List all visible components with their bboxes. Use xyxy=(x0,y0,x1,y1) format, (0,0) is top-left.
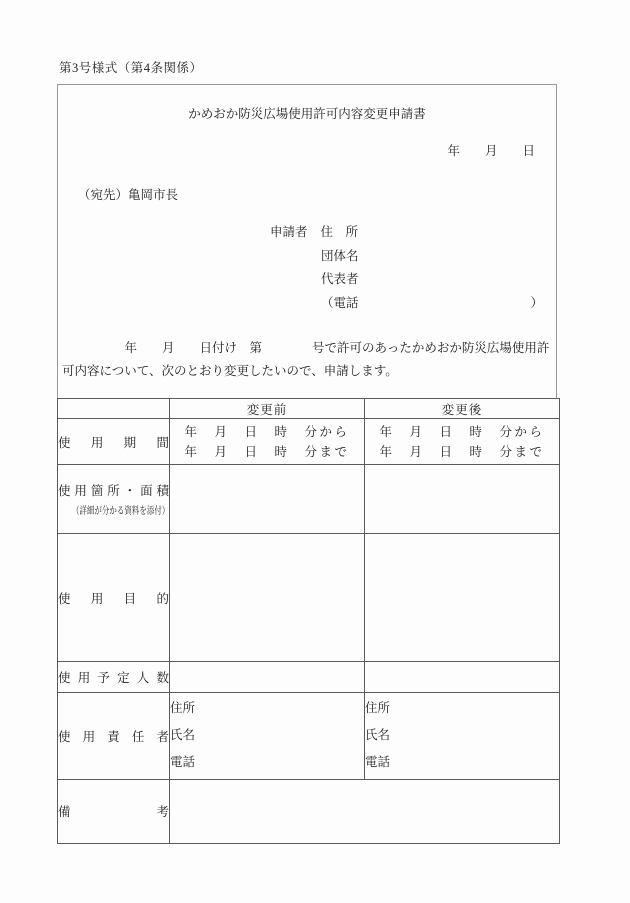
responsible-before-name: 氏名 xyxy=(170,722,364,749)
table-row-responsible: 使用責任者 住所 氏名 電話 住所 氏名 電話 xyxy=(58,692,560,779)
spacer xyxy=(308,221,321,245)
address-label: 住 所 xyxy=(321,221,359,245)
phone-close-label: ） xyxy=(530,292,543,316)
responsible-before-cell: 住所 氏名 電話 xyxy=(170,692,365,779)
location-note: （詳細が分かる資料を添付） xyxy=(72,502,155,517)
period-label: 使用期間 xyxy=(58,433,169,451)
responsible-after-name: 氏名 xyxy=(365,722,559,749)
period-before-cell: 年 月 日 時 分から 年 月 日 時 分まで xyxy=(170,419,365,465)
responsible-before-phone: 電話 xyxy=(170,749,364,776)
table-row-purpose: 使用目的 xyxy=(58,534,560,662)
form-frame: かめおか防災広場使用許可内容変更申請書 年 月 日 （宛先）亀岡市長 申請者住 … xyxy=(57,84,557,841)
phone-field: （電話 ） xyxy=(321,292,543,316)
rep-label: 代表者 xyxy=(321,268,359,292)
people-label: 使用予定人数 xyxy=(58,668,169,686)
location-after-cell xyxy=(365,465,560,534)
table-header-row: 変更前 変更後 xyxy=(58,399,560,419)
people-before-cell xyxy=(170,662,365,692)
applicant-block: 申請者住 所 団体名 代表者 （電話 ） xyxy=(270,221,543,315)
purpose-label-cell: 使用目的 xyxy=(58,534,170,662)
period-before-to: 年 月 日 時 分まで xyxy=(170,442,364,462)
purpose-after-cell xyxy=(365,534,560,662)
addressee-line: （宛先）亀岡市長 xyxy=(78,185,178,203)
people-label-cell: 使用予定人数 xyxy=(58,662,170,692)
purpose-label: 使用目的 xyxy=(58,589,169,607)
remarks-label: 備考 xyxy=(58,802,169,820)
applicant-label: 申請者 xyxy=(270,221,308,245)
responsible-before-address: 住所 xyxy=(170,695,364,722)
col-header-after: 変更後 xyxy=(365,399,560,419)
period-before-from: 年 月 日 時 分から xyxy=(170,422,364,442)
responsible-label: 使用責任者 xyxy=(58,727,169,745)
period-after-to: 年 月 日 時 分まで xyxy=(365,442,559,462)
form-code: 第3号様式（第4条関係） xyxy=(59,58,203,76)
table-corner-cell xyxy=(58,399,170,419)
application-date-line: 年 月 日 xyxy=(447,141,535,159)
col-header-before: 変更前 xyxy=(170,399,365,419)
remarks-value-cell xyxy=(170,779,560,843)
applicant-address-line: 申請者住 所 xyxy=(270,221,543,245)
purpose-before-cell xyxy=(170,534,365,662)
phone-open-label: （電話 xyxy=(321,292,359,316)
intro-paragraph: 年 月 日付け 第 号で許可のあったかめおか防災広場使用許 可内容について、次の… xyxy=(62,337,549,383)
applicant-phone-line: （電話 ） xyxy=(270,292,543,316)
location-label: 使用箇所・面積 xyxy=(58,481,169,499)
responsible-after-address: 住所 xyxy=(365,695,559,722)
form-title: かめおか防災広場使用許可内容変更申請書 xyxy=(58,104,556,122)
period-label-cell: 使用期間 xyxy=(58,419,170,465)
location-before-cell xyxy=(170,465,365,534)
table-row-period: 使用期間 年 月 日 時 分から 年 月 日 時 分まで 年 月 日 時 分から… xyxy=(58,419,560,465)
period-after-cell: 年 月 日 時 分から 年 月 日 時 分まで xyxy=(365,419,560,465)
responsible-after-cell: 住所 氏名 電話 xyxy=(365,692,560,779)
people-after-cell xyxy=(365,662,560,692)
change-table: 変更前 変更後 使用期間 年 月 日 時 分から 年 月 日 時 分まで 年 月… xyxy=(57,398,560,844)
table-row-people: 使用予定人数 xyxy=(58,662,560,692)
responsible-label-cell: 使用責任者 xyxy=(58,692,170,779)
intro-line-1: 年 月 日付け 第 号で許可のあったかめおか防災広場使用許 xyxy=(62,337,549,360)
org-label: 団体名 xyxy=(321,245,359,269)
remarks-label-cell: 備考 xyxy=(58,779,170,843)
location-label-cell: 使用箇所・面積 （詳細が分かる資料を添付） xyxy=(58,465,170,534)
applicant-org-line: 団体名 xyxy=(270,245,543,269)
responsible-after-phone: 電話 xyxy=(365,749,559,776)
intro-line-2: 可内容について、次のとおり変更したいので、申請します。 xyxy=(62,360,549,383)
applicant-rep-line: 代表者 xyxy=(270,268,543,292)
table-row-location: 使用箇所・面積 （詳細が分かる資料を添付） xyxy=(58,465,560,534)
table-row-remarks: 備考 xyxy=(58,779,560,843)
form-page: 第3号様式（第4条関係） かめおか防災広場使用許可内容変更申請書 年 月 日 （… xyxy=(0,0,630,903)
period-after-from: 年 月 日 時 分から xyxy=(365,422,559,442)
